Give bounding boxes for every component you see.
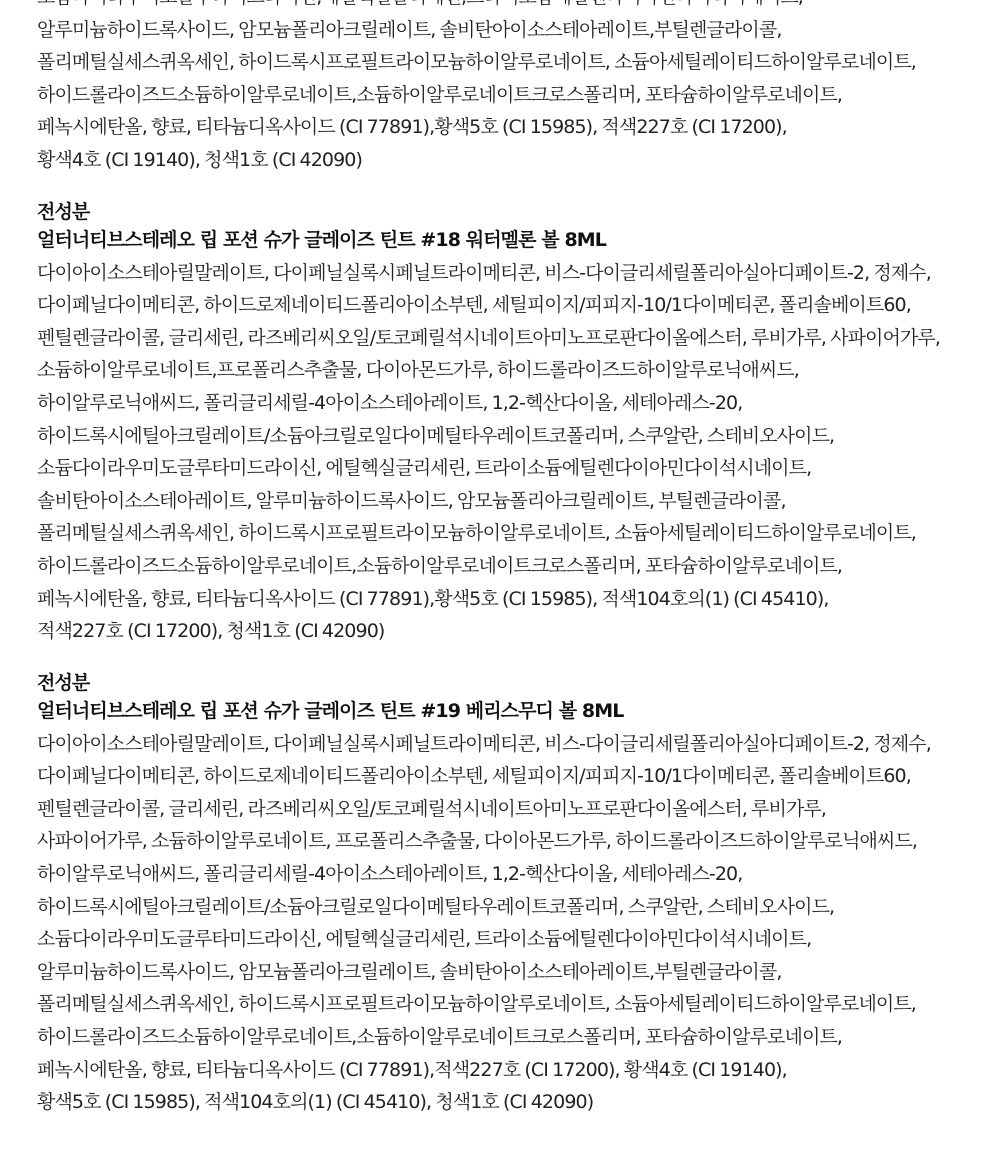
ingredient-line: 솔비탄아이소스테아레이트, 알루미늄하이드록사이드, 암모늄폴리아크릴레이트, … [37,485,987,518]
ingredient-line: 적색227호 (CI 17200), 청색1호 (CI 42090) [37,615,987,648]
section-label: 전성분 [37,669,987,697]
ingredient-line: 폴리메틸실세스퀴옥세인, 하이드록시프로필트라이모늄하이알루로네이트, 소듐아세… [37,517,987,550]
ingredient-line: 소듐하이알루로네이트,프로폴리스추출물, 다이아몬드가루, 하이드롤라이즈드하이… [37,354,987,387]
ingredient-line: 소듐다이라우미도글루타미드라이신, 에틸헥실글리세린, 트라이소듐에틸렌다이아민… [37,452,987,485]
ingredient-line: 펜틸렌글라이콜, 글리세린, 라즈베리씨오일/토코페릴석시네이트아미노프로판다이… [37,793,987,826]
section-label: 전성분 [37,198,987,226]
ingredient-line: 다이페닐다이메티콘, 하이드로제네이티드폴리아이소부텐, 세틸피이지/피피지-1… [37,289,987,322]
ingredient-section-19: 전성분 얼터너티브스테레오 립 포션 슈가 글레이즈 틴트 #19 베리스무디 … [37,669,987,1119]
ingredient-line: 펜틸렌글라이콜, 글리세린, 라즈베리씨오일/토코페릴석시네이트아미노프로판다이… [37,322,987,355]
ingredient-section-18: 전성분 얼터너티브스테레오 립 포션 슈가 글레이즈 틴트 #18 워터멜론 볼… [37,198,987,648]
product-title: 얼터너티브스테레오 립 포션 슈가 글레이즈 틴트 #19 베리스무디 볼 8M… [37,697,987,725]
ingredient-line: 알루미늄하이드록사이드, 암모늄폴리아크릴레이트, 솔비탄아이소스테아레이트,부… [37,14,987,47]
ingredient-line: 폴리메틸실세스퀴옥세인, 하이드록시프로필트라이모늄하이알루로네이트, 소듐아세… [37,988,987,1021]
ingredient-list: 소듐다이라우미도글루타미드라이신,에틸헥실글리세린,트라이소듐에틸렌다이아민다이… [37,0,987,177]
ingredient-line: 하이드록시에틸아크릴레이트/소듐아크릴로일다이메틸타우레이트코폴리머, 스쿠알란… [37,891,987,924]
ingredient-line: 페녹시에탄올, 향료, 티타늄디옥사이드 (CI 77891),황색5호 (CI… [37,583,987,616]
ingredient-line: 하이알루로닉애씨드, 폴리글리세릴-4아이소스테아레이트, 1,2-헥산다이올,… [37,858,987,891]
ingredient-line: 하이드롤라이즈드소듐하이알루로네이트,소듐하이알루로네이트크로스폴리머, 포타슘… [37,1021,987,1054]
ingredient-line: 하이드롤라이즈드소듐하이알루로네이트,소듐하이알루로네이트크로스폴리머, 포타슘… [37,79,987,112]
ingredient-line: 다이아이소스테아릴말레이트, 다이페닐실록시페닐트라이메티콘, 비스-다이글리세… [37,728,987,761]
ingredient-line: 알루미늄하이드록사이드, 암모늄폴리아크릴레이트, 솔비탄아이소스테아레이트,부… [37,956,987,989]
ingredient-list: 다이아이소스테아릴말레이트, 다이페닐실록시페닐트라이메티콘, 비스-다이글리세… [37,257,987,648]
ingredient-line: 페녹시에탄올, 향료, 티타늄디옥사이드 (CI 77891),적색227호 (… [37,1054,987,1087]
ingredient-list: 다이아이소스테아릴말레이트, 다이페닐실록시페닐트라이메티콘, 비스-다이글리세… [37,728,987,1119]
ingredient-line: 황색5호 (CI 15985), 적색104호의(1) (CI 45410), … [37,1086,987,1119]
ingredients-document: 소듐다이라우미도글루타미드라이신,에틸헥실글리세린,트라이소듐에틸렌다이아민다이… [37,0,987,1119]
ingredient-line: 소듐다이라우미도글루타미드라이신,에틸헥실글리세린,트라이소듐에틸렌다이아민다이… [37,0,987,14]
ingredient-line: 하이알루로닉애씨드, 폴리글리세릴-4아이소스테아레이트, 1,2-헥산다이올,… [37,387,987,420]
ingredient-line: 하이드록시에틸아크릴레이트/소듐아크릴로일다이메틸타우레이트코폴리머, 스쿠알란… [37,420,987,453]
ingredient-line: 다이페닐다이메티콘, 하이드로제네이티드폴리아이소부텐, 세틸피이지/피피지-1… [37,760,987,793]
ingredient-line: 하이드롤라이즈드소듐하이알루로네이트,소듐하이알루로네이트크로스폴리머, 포타슘… [37,550,987,583]
ingredient-line: 사파이어가루, 소듐하이알루로네이트, 프로폴리스추출물, 다이아몬드가루, 하… [37,825,987,858]
ingredient-line: 폴리메틸실세스퀴옥세인, 하이드록시프로필트라이모늄하이알루로네이트, 소듐아세… [37,46,987,79]
ingredient-section-previous: 소듐다이라우미도글루타미드라이신,에틸헥실글리세린,트라이소듐에틸렌다이아민다이… [37,0,987,177]
product-title: 얼터너티브스테레오 립 포션 슈가 글레이즈 틴트 #18 워터멜론 볼 8ML [37,226,987,254]
ingredient-line: 황색4호 (CI 19140), 청색1호 (CI 42090) [37,144,987,177]
ingredient-line: 소듐다이라우미도글루타미드라이신, 에틸헥실글리세린, 트라이소듐에틸렌다이아민… [37,923,987,956]
ingredient-line: 다이아이소스테아릴말레이트, 다이페닐실록시페닐트라이메티콘, 비스-다이글리세… [37,257,987,290]
ingredient-line: 페녹시에탄올, 향료, 티타늄디옥사이드 (CI 77891),황색5호 (CI… [37,111,987,144]
